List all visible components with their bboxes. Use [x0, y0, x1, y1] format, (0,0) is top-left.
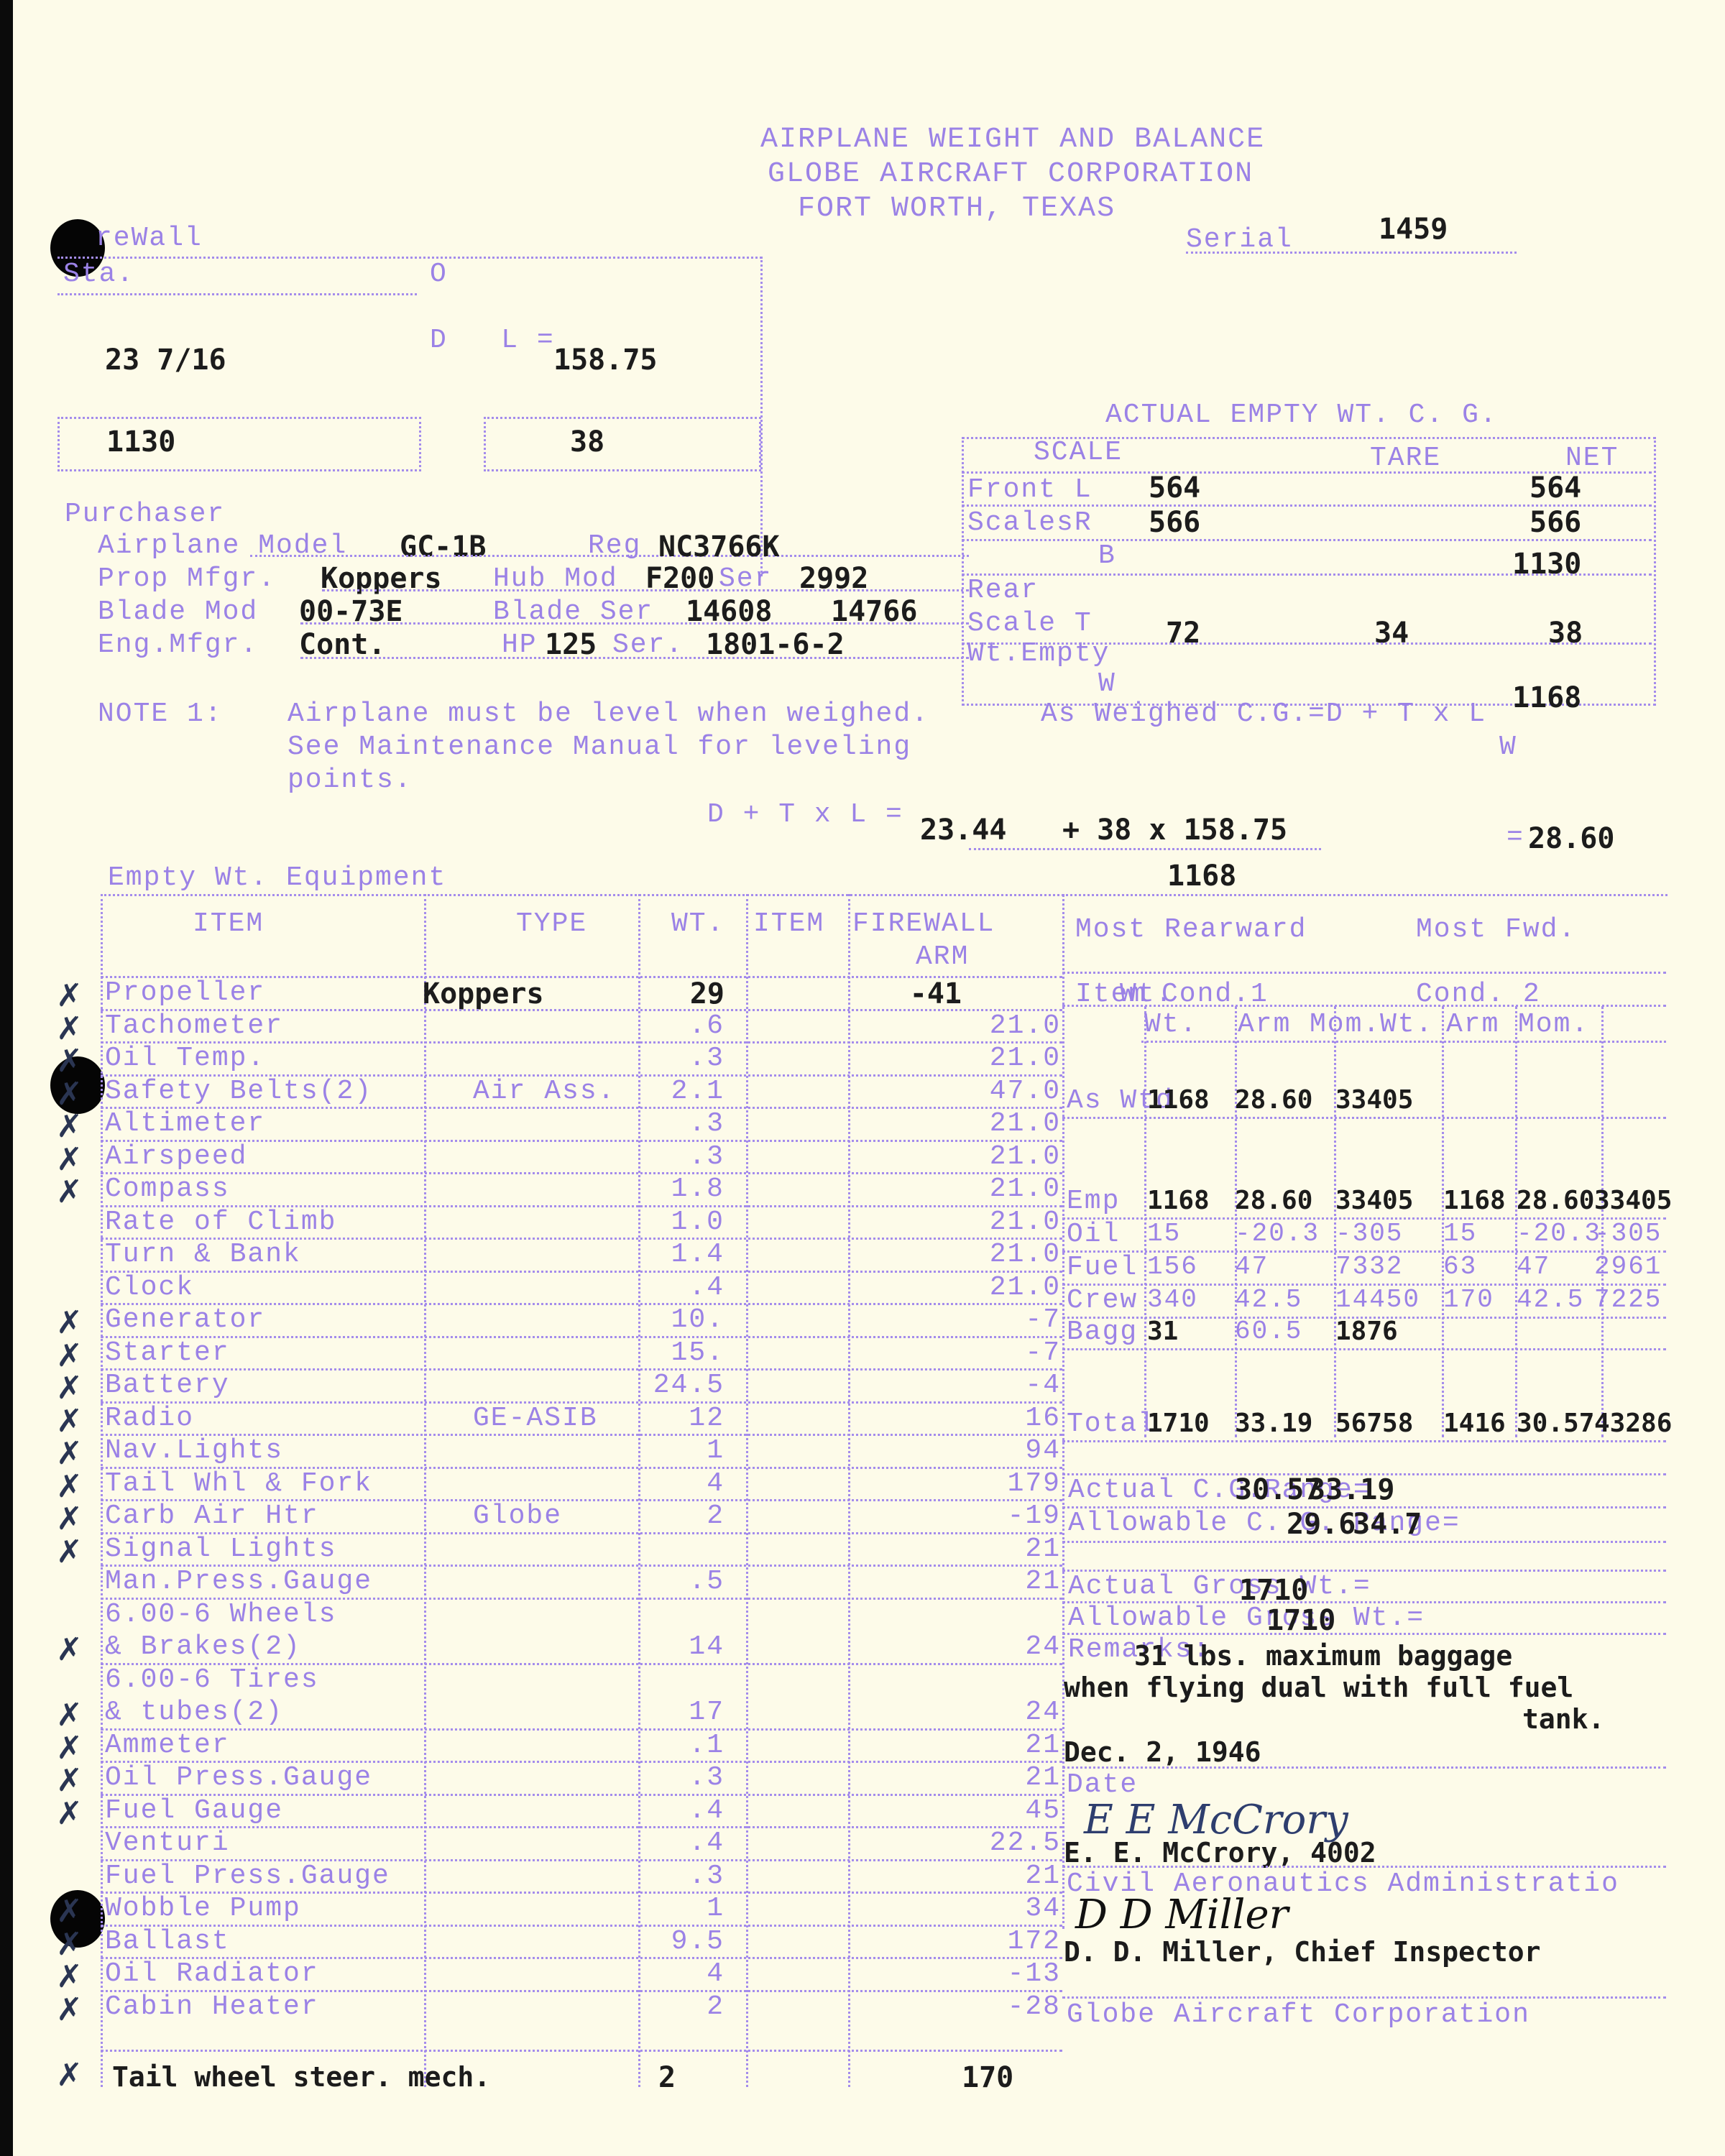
serial-value: 1459	[1379, 213, 1448, 246]
equipment-item: Propeller	[105, 977, 265, 1008]
calc-formula: D + T x L =	[707, 799, 903, 830]
equipment-wt: .5	[689, 1566, 724, 1597]
inspector-2-name: D. D. Miller, Chief Inspector	[1064, 1936, 1540, 1968]
weight-balance-form: AIRPLANE WEIGHT AND BALANCE GLOBE AIRCRA…	[13, 0, 1725, 2156]
equipment-item: Compass	[105, 1174, 230, 1204]
cond-value: 15	[1443, 1219, 1477, 1248]
equipment-wt: 4	[707, 1468, 724, 1499]
equipment-item: Radio	[105, 1403, 194, 1434]
cond-value: -305	[1335, 1219, 1403, 1248]
equipment-item: 6.00-6 Wheels	[105, 1599, 336, 1630]
extra-arm: 170	[962, 2061, 1013, 2094]
equipment-wt: 4	[707, 1958, 724, 1989]
net-value: 38	[1548, 617, 1583, 650]
scale-value: 564	[1149, 471, 1200, 505]
equipment-arm: 21	[1025, 1534, 1061, 1565]
net-value: 566	[1529, 506, 1581, 539]
checkmark-icon: ✗	[56, 1174, 83, 1210]
equipment-wt: 2.1	[671, 1076, 724, 1107]
eng-ser-label: Ser.	[612, 630, 684, 660]
equipment-type: GE-ASIB	[473, 1403, 598, 1434]
cond-row-label: Bagg	[1067, 1317, 1138, 1347]
extra-wt: 2	[658, 2061, 676, 2094]
date-label: Date	[1067, 1769, 1138, 1800]
col-type: TYPE	[516, 908, 587, 939]
inspector-1-name: E. E. McCrory, 4002	[1064, 1837, 1376, 1869]
equipment-item: & Brakes(2)	[105, 1631, 301, 1662]
checkmark-icon: ✗	[56, 1304, 83, 1341]
checkmark-icon: ✗	[56, 1076, 83, 1112]
checkmark-icon: ✗	[56, 1991, 83, 2028]
col-wt: WT.	[671, 908, 724, 939]
allowable-cg-range-min: 29.6	[1287, 1508, 1356, 1541]
equipment-arm: 22.5	[990, 1828, 1061, 1858]
model-value: GC-1B	[400, 530, 486, 563]
divider	[101, 1271, 1062, 1273]
datum-o-label: O	[430, 259, 448, 290]
divider	[962, 539, 1652, 541]
cond-value: 28.60	[1235, 1085, 1312, 1115]
most-rearward-label: Most Rearward	[1075, 914, 1307, 945]
calc-denominator: 1168	[1167, 860, 1236, 893]
checkmark-icon: ✗	[56, 1631, 83, 1668]
cond-value: 1168	[1147, 1085, 1210, 1115]
checkmark-icon: ✗	[56, 2057, 83, 2093]
cond-value: 47	[1235, 1252, 1269, 1281]
cond-value: 1710	[1147, 1409, 1210, 1438]
remarks-line-1: 31 lbs. maximum baggage	[1134, 1640, 1512, 1672]
cond-subheader: Mom.	[1310, 1009, 1381, 1040]
checkmark-icon: ✗	[56, 1958, 83, 1995]
divider	[300, 622, 969, 625]
divider	[101, 894, 1667, 896]
divider	[1144, 1006, 1146, 1437]
net-value: 564	[1529, 471, 1581, 505]
equipment-wt: 17	[689, 1697, 724, 1728]
cond-value: 42.5	[1235, 1285, 1302, 1314]
remarks-line-2: when flying dual with full fuel	[1064, 1672, 1573, 1703]
equipment-arm: 47.0	[990, 1076, 1061, 1107]
net-value: 1168	[1512, 681, 1581, 714]
equipment-arm: 21.0	[990, 1272, 1061, 1303]
equipment-item: Wobble Pump	[105, 1893, 301, 1924]
row-label: ScalesR	[967, 507, 1092, 538]
row-label: B	[1098, 540, 1116, 571]
cond-value: 33.19	[1235, 1409, 1312, 1438]
equipment-wt: 10.	[671, 1304, 724, 1335]
cond-value: 28.60	[1235, 1186, 1312, 1215]
equipment-wt: 1	[707, 1435, 724, 1466]
equipment-arm: 21.0	[990, 1207, 1061, 1238]
equipment-arm: -28	[1008, 1991, 1061, 2022]
equipment-item: Starter	[105, 1337, 230, 1368]
cond-subheader: Mom.	[1518, 1009, 1589, 1040]
cond-value: 1416	[1443, 1409, 1506, 1438]
equipment-arm: 21.0	[990, 1239, 1061, 1270]
equipment-item: Ballast	[105, 1926, 230, 1957]
divider	[424, 894, 426, 2087]
equipment-wt: 15.	[671, 1337, 724, 1368]
cond-value: 56758	[1335, 1409, 1413, 1438]
equipment-item: Tail Whl & Fork	[105, 1468, 372, 1499]
divider	[101, 1368, 1062, 1370]
row-label: Rear	[967, 575, 1039, 606]
divider	[101, 1728, 1062, 1731]
divider	[101, 1925, 1062, 1927]
checkmark-icon: ✗	[56, 1370, 83, 1406]
equipment-item: Nav.Lights	[105, 1435, 283, 1466]
equipment-wt: 24.5	[653, 1370, 724, 1401]
cond-value: 1168	[1443, 1186, 1506, 1215]
equipment-type: Koppers	[423, 977, 544, 1010]
divider	[57, 257, 762, 259]
cond-value: 28.60	[1517, 1186, 1594, 1215]
col-arm: ARM	[916, 941, 969, 972]
checkmark-icon: ✗	[56, 1501, 83, 1537]
equipment-wt: 14	[689, 1631, 724, 1662]
equipment-item: Clock	[105, 1272, 194, 1303]
t-value-box	[484, 417, 761, 471]
d-value: 23 7/16	[105, 344, 226, 377]
calc-equals: =	[1506, 822, 1524, 853]
note-formula-denominator: W	[1499, 732, 1517, 763]
divider	[1062, 1117, 1666, 1119]
cond-value: -20.3	[1517, 1219, 1601, 1248]
equipment-item: Fuel Gauge	[105, 1795, 283, 1826]
most-fwd-label: Most Fwd.	[1416, 914, 1576, 945]
equipment-wt: 12	[689, 1403, 724, 1434]
col-item-2: ITEM	[753, 908, 824, 939]
divider	[962, 573, 1652, 576]
equipment-title: Empty Wt. Equipment	[108, 862, 446, 893]
b-value: 1130	[106, 425, 175, 459]
cond-subheader: Wt.	[1144, 1009, 1197, 1040]
equipment-arm: 24	[1025, 1631, 1061, 1662]
equipment-arm: 21.0	[990, 1174, 1061, 1204]
equipment-arm: 21	[1025, 1730, 1061, 1761]
actual-gross-label: Actual Gross Wt.=	[1068, 1571, 1371, 1602]
equipment-item: Man.Press.Gauge	[105, 1566, 372, 1597]
equipment-arm: 21.0	[990, 1010, 1061, 1041]
equipment-arm: 24	[1025, 1697, 1061, 1728]
note-line-3: points.	[287, 765, 413, 796]
equipment-item: Oil Press.Gauge	[105, 1762, 372, 1793]
cond-value: 1168	[1147, 1186, 1210, 1215]
equipment-item: Ammeter	[105, 1730, 230, 1761]
cond-subheader: Arm	[1238, 1009, 1291, 1040]
fraction-bar	[969, 848, 1321, 850]
form-title-line-2: GLOBE AIRCRAFT CORPORATION	[768, 158, 1253, 190]
equipment-item: Turn & Bank	[105, 1239, 301, 1270]
checkmark-icon: ✗	[56, 1795, 83, 1832]
equipment-item: & tubes(2)	[105, 1697, 283, 1728]
equipment-wt: 2	[707, 1991, 724, 2022]
cond-row-label: Fuel	[1067, 1252, 1138, 1283]
equipment-wt: 9.5	[671, 1926, 724, 1957]
equipment-item: Oil Temp.	[105, 1043, 265, 1074]
equipment-item: Airspeed	[105, 1141, 247, 1172]
divider	[101, 1826, 1062, 1828]
divider	[1062, 1866, 1666, 1868]
divider	[322, 589, 969, 591]
equipment-item: Battery	[105, 1370, 230, 1401]
eng-mfgr-label: Eng.Mfgr.	[98, 630, 258, 660]
equipment-arm: 94	[1025, 1435, 1061, 1466]
cond-value: 15	[1147, 1219, 1181, 1248]
cond-value: 14450	[1335, 1285, 1420, 1314]
divider	[101, 894, 103, 2087]
equipment-arm: 172	[1008, 1926, 1061, 1957]
empty-wt-cg-title: ACTUAL EMPTY WT. C. G.	[1105, 400, 1498, 430]
signature-miller: D D Miller	[1075, 1892, 1288, 1938]
equipment-wt: 2	[707, 1501, 724, 1531]
divider	[101, 1336, 1062, 1338]
divider	[848, 894, 850, 2087]
equipment-arm: 21	[1025, 1566, 1061, 1597]
equipment-wt: .3	[689, 1861, 724, 1892]
equipment-arm: 45	[1025, 1795, 1061, 1826]
row-label: W	[1098, 668, 1116, 699]
divider	[57, 293, 417, 295]
cond-value: 33405	[1335, 1085, 1413, 1115]
cond-value: 47	[1517, 1252, 1550, 1281]
t-value: 38	[570, 425, 604, 459]
divider	[101, 1172, 1062, 1174]
equipment-item: Altimeter	[105, 1108, 265, 1139]
checkmark-icon: ✗	[56, 1010, 83, 1047]
cond-subheader: Wt.	[1380, 1009, 1433, 1040]
equipment-item: Fuel Press.Gauge	[105, 1861, 390, 1892]
checkmark-icon: ✗	[56, 1697, 83, 1733]
cond-value: 1876	[1335, 1317, 1398, 1346]
divider	[101, 2050, 1062, 2052]
cond-value: -305	[1594, 1219, 1662, 1248]
equipment-item: Signal Lights	[105, 1534, 336, 1565]
equipment-arm: 21.0	[990, 1108, 1061, 1139]
checkmark-icon: ✗	[56, 1534, 83, 1570]
equipment-item: 6.00-6 Tires	[105, 1664, 319, 1695]
equipment-arm: 179	[1008, 1468, 1061, 1499]
equipment-arm: 21.0	[990, 1043, 1061, 1074]
checkmark-icon: ✗	[56, 1893, 83, 1930]
col-item: ITEM	[193, 908, 264, 939]
divider	[1062, 1766, 1666, 1769]
date-value: Dec. 2, 1946	[1064, 1736, 1261, 1768]
divider	[1062, 894, 1064, 1929]
divider	[638, 894, 640, 2087]
extra-item: Tail wheel steer. mech.	[112, 2061, 490, 2093]
prop-mfgr-label: Prop Mfgr.	[98, 563, 276, 594]
equipment-item: Cabin Heater	[105, 1991, 319, 2022]
dl-label: D L =	[430, 325, 555, 356]
cond-value: 156	[1147, 1252, 1198, 1281]
equipment-type: Air Ass.	[473, 1076, 615, 1107]
col-tare: TARE	[1370, 443, 1441, 474]
equipment-arm: 21.0	[990, 1141, 1061, 1172]
sta-label: Sta.	[63, 259, 134, 290]
calc-expr: + 38 x 158.75	[1062, 814, 1287, 847]
equipment-type: Globe	[473, 1501, 562, 1531]
l-value: 158.75	[553, 344, 658, 377]
equipment-arm: -7	[1025, 1337, 1061, 1368]
actual-cg-range-max: 33.19	[1308, 1473, 1394, 1506]
cond-value: 7225	[1594, 1285, 1662, 1314]
cond-value: 42.5	[1517, 1285, 1584, 1314]
note-line-1: Airplane must be level when weighed.	[287, 699, 929, 729]
note-label: NOTE 1:	[98, 699, 223, 729]
allowable-cg-range-max: 34.7	[1353, 1508, 1422, 1541]
scale-value: 72	[1166, 617, 1200, 650]
equipment-wt: 29	[690, 977, 724, 1010]
cond-value: 43286	[1594, 1409, 1672, 1438]
scale-value: 566	[1149, 506, 1200, 539]
checkmark-icon: ✗	[56, 1926, 83, 1963]
divider	[1062, 1005, 1666, 1007]
equipment-wt: .3	[689, 1108, 724, 1139]
note-line-2: See Maintenance Manual for leveling	[287, 732, 911, 763]
reg-label: Reg	[588, 530, 641, 561]
cond-row-label: Emp	[1067, 1186, 1120, 1217]
cond-value: 30.57	[1517, 1409, 1594, 1438]
equipment-item: Carb Air Htr	[105, 1501, 319, 1531]
divider	[1141, 1041, 1666, 1043]
equipment-item: Generator	[105, 1304, 265, 1335]
calc-d: 23.44	[920, 814, 1006, 847]
divider	[1062, 1541, 1666, 1543]
divider	[1062, 1440, 1666, 1442]
equipment-wt: 1	[707, 1893, 724, 1924]
checkmark-icon: ✗	[56, 1403, 83, 1439]
note-formula: As Weighed C.G.=D + T x L	[1041, 699, 1486, 729]
equipment-arm: 21	[1025, 1861, 1061, 1892]
checkmark-icon: ✗	[56, 1435, 83, 1472]
col-net: NET	[1565, 443, 1619, 474]
equipment-item: Venturi	[105, 1828, 230, 1858]
checkmark-icon: ✗	[56, 977, 83, 1014]
equipment-arm: -4	[1025, 1370, 1061, 1401]
serial-underline	[1186, 252, 1517, 254]
form-title-line-1: AIRPLANE WEIGHT AND BALANCE	[760, 124, 1265, 156]
cond-value: -20.3	[1235, 1219, 1320, 1248]
checkmark-icon: ✗	[56, 1043, 83, 1079]
checkmark-icon: ✗	[56, 1730, 83, 1766]
form-title-line-3: FORT WORTH, TEXAS	[798, 193, 1115, 225]
cond-value: 60.5	[1235, 1317, 1302, 1346]
checkmark-icon: ✗	[56, 1762, 83, 1799]
equipment-wt: .4	[689, 1795, 724, 1826]
cond-value: 31	[1147, 1317, 1178, 1346]
equipment-arm: 16	[1025, 1403, 1061, 1434]
equipment-arm: -13	[1008, 1958, 1061, 1989]
equipment-item: Rate of Climb	[105, 1207, 336, 1238]
equipment-wt: .1	[689, 1730, 724, 1761]
divider	[746, 894, 748, 2087]
cond-row-label: Total	[1067, 1409, 1156, 1439]
equipment-wt: 1.0	[671, 1207, 724, 1238]
equipment-arm: -19	[1008, 1501, 1061, 1531]
row-label: Scale T	[967, 608, 1092, 639]
equipment-wt: .3	[689, 1762, 724, 1793]
equipment-wt: .3	[689, 1141, 724, 1172]
row-label: Wt.Empty	[967, 638, 1110, 669]
blade-mod-label: Blade Mod	[98, 596, 258, 627]
equipment-arm: 21	[1025, 1762, 1061, 1793]
equipment-wt: 1.8	[671, 1174, 724, 1204]
inspector-2-org: Globe Aircraft Corporation	[1067, 1999, 1530, 2030]
checkmark-icon: ✗	[56, 1141, 83, 1178]
cond-value: 340	[1147, 1285, 1198, 1314]
checkmark-icon: ✗	[56, 1337, 83, 1374]
equipment-arm: 34	[1025, 1893, 1061, 1924]
cond-row-label: Crew	[1067, 1285, 1138, 1316]
col-firewall: FIREWALL	[852, 908, 995, 939]
serial-label: Serial	[1186, 224, 1293, 255]
calc-result: 28.60	[1528, 822, 1614, 855]
equipment-wt: .6	[689, 1010, 724, 1041]
cond-value: 63	[1443, 1252, 1477, 1281]
equipment-wt: .4	[689, 1828, 724, 1858]
divider	[1062, 972, 1666, 974]
firewall-label: reWall	[96, 223, 203, 254]
purchaser-label: Purchaser	[65, 499, 225, 530]
cond-value: 33405	[1335, 1186, 1413, 1215]
equipment-item: Oil Radiator	[105, 1958, 319, 1989]
checkmark-icon: ✗	[56, 1108, 83, 1145]
equipment-item: Safety Belts(2)	[105, 1076, 372, 1107]
cond-value: 2961	[1594, 1252, 1662, 1281]
tare-value: 34	[1374, 617, 1409, 650]
cond-value: 170	[1443, 1285, 1494, 1314]
row-label: Front L	[967, 474, 1092, 505]
equipment-arm: -41	[910, 977, 962, 1010]
cond-value: 33405	[1594, 1186, 1672, 1215]
equipment-arm: -7	[1025, 1304, 1061, 1335]
cond-value: 7332	[1335, 1252, 1403, 1281]
divider	[300, 657, 969, 659]
allowable-gross-label: Allowable Gross Wt.=	[1068, 1603, 1425, 1634]
equipment-wt: .4	[689, 1272, 724, 1303]
hp-label: HP	[502, 630, 538, 660]
equipment-wt: .3	[689, 1043, 724, 1074]
cond-subheader: Arm	[1446, 1009, 1499, 1040]
reg-value: NC3766K	[658, 530, 780, 563]
equipment-item: Tachometer	[105, 1010, 283, 1041]
cond-row-label: Oil	[1067, 1219, 1120, 1250]
divider	[1062, 1348, 1666, 1350]
remarks-line-3: tank.	[1522, 1703, 1604, 1735]
col-scale: SCALE	[1034, 437, 1123, 468]
net-value: 1130	[1512, 548, 1581, 581]
divider	[1062, 1996, 1666, 1999]
equipment-wt: 1.4	[671, 1239, 724, 1270]
checkmark-icon: ✗	[56, 1468, 83, 1505]
